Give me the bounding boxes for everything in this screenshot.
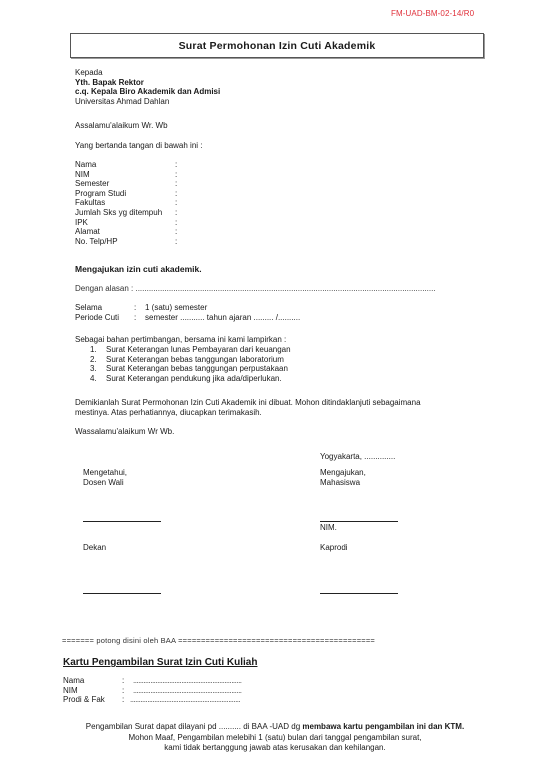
period-label: Periode Cuti <box>75 313 119 323</box>
attachment-item: 3.Surat Keterangan bebas tanggungan perp… <box>90 364 390 374</box>
signature-line-dosen-wali <box>83 521 161 522</box>
field-label: Nama <box>75 160 96 170</box>
field-row-nama: Nama: <box>75 160 275 170</box>
duration-colon: : <box>134 303 136 313</box>
duration-value: 1 (satu) semester <box>145 303 207 313</box>
field-row-telp: No. Telp/HP: <box>75 237 275 247</box>
attachment-text: Surat Keterangan lunas Pembayaran dari k… <box>106 345 291 355</box>
signature-right-top: Mengajukan, Mahasiswa <box>320 468 366 487</box>
signature-line-mahasiswa <box>320 521 398 522</box>
field-colon: : <box>175 218 177 228</box>
greeting: Assalamu'alaikum Wr. Wb <box>75 121 168 130</box>
signature-kaprodi: Kaprodi <box>320 543 348 552</box>
attachment-number: 4. <box>90 374 97 384</box>
field-colon: : <box>175 170 177 180</box>
field-label: Semester <box>75 179 109 189</box>
field-colon: : <box>175 198 177 208</box>
signature-left-top-line-2: Dosen Wali <box>83 478 127 488</box>
attachments-list: 1.Surat Keterangan lunas Pembayaran dari… <box>90 345 390 383</box>
card-fields: Nama:...................................… <box>63 676 363 705</box>
period-value: semester ........... tahun ajaran ......… <box>145 313 300 323</box>
signature-line-kaprodi <box>320 593 398 594</box>
closing-line-1: Demikianlah Surat Permohonan Izin Cuti A… <box>75 398 421 408</box>
form-code: FM-UAD-BM-02-14/R0 <box>391 9 474 18</box>
signature-left-top: Mengetahui, Dosen Wali <box>83 468 127 487</box>
attachment-item: 2.Surat Keterangan bebas tanggungan labo… <box>90 355 390 365</box>
signature-dekan: Dekan <box>83 543 106 552</box>
footer-line-1-bold: membawa kartu pengambilan ini dan KTM. <box>302 722 464 731</box>
recipient-line-2: c.q. Kepala Biro Akademik dan Admisi <box>75 87 220 97</box>
place-date: Yogyakarta, .............. <box>320 452 395 461</box>
card-colon: : <box>122 686 124 696</box>
card-row-nim: NIM:....................................… <box>63 686 363 696</box>
cut-line: ======= potong disini oleh BAA =========… <box>62 636 375 645</box>
field-colon: : <box>175 208 177 218</box>
field-label: Alamat <box>75 227 100 237</box>
field-colon: : <box>175 227 177 237</box>
attachment-item: 4.Surat Keterangan pendukung jika ada/di… <box>90 374 390 384</box>
card-label: NIM <box>63 686 78 696</box>
identity-fields: Nama: NIM: Semester: Program Studi: Faku… <box>75 160 275 246</box>
field-row-program-studi: Program Studi: <box>75 189 275 199</box>
field-label: IPK <box>75 218 88 228</box>
closing-line-2: mestinya. Atas perhatiannya, diucapkan t… <box>75 408 421 418</box>
recipient-line-3: Universitas Ahmad Dahlan <box>75 97 220 107</box>
signature-right-top-line-2: Mahasiswa <box>320 478 366 488</box>
document-title: Surat Permohonan Izin Cuti Akademik <box>179 40 376 52</box>
card-label: Prodi & Fak <box>63 695 105 705</box>
reason-line: Dengan alasan : ........................… <box>75 284 436 293</box>
footer-notes: Pengambilan Surat dapat dilayani pd ....… <box>0 722 550 754</box>
footer-line-1-normal: Pengambilan Surat dapat dilayani pd ....… <box>86 722 303 731</box>
field-label: Program Studi <box>75 189 126 199</box>
period-colon: : <box>134 313 136 323</box>
attachment-text: Surat Keterangan bebas tanggungan labora… <box>106 355 284 365</box>
field-row-semester: Semester: <box>75 179 275 189</box>
footer-line-2: Mohon Maaf, Pengambilan melebihi 1 (satu… <box>0 733 550 744</box>
duration-row: Selama : 1 (satu) semester <box>75 303 375 313</box>
recipient-block: Kepada Yth. Bapak Rektor c.q. Kepala Bir… <box>75 68 220 106</box>
nim-label: NIM. <box>320 523 337 532</box>
attachment-item: 1.Surat Keterangan lunas Pembayaran dari… <box>90 345 390 355</box>
signature-line-dekan <box>83 593 161 594</box>
field-colon: : <box>175 179 177 189</box>
farewell: Wassalamu'alaikum Wr Wb. <box>75 427 174 436</box>
field-row-fakultas: Fakultas: <box>75 198 275 208</box>
leave-details: Selama : 1 (satu) semester Periode Cuti … <box>75 303 375 322</box>
attachment-number: 2. <box>90 355 97 365</box>
field-row-alamat: Alamat: <box>75 227 275 237</box>
signature-right-top-line-1: Mengajukan, <box>320 468 366 478</box>
card-title: Kartu Pengambilan Surat Izin Cuti Kuliah <box>63 657 257 668</box>
attachments-intro: Sebagai bahan pertimbangan, bersama ini … <box>75 335 286 344</box>
field-row-jumlah-sks: Jumlah Sks yg ditempuh: <box>75 208 275 218</box>
signature-left-top-line-1: Mengetahui, <box>83 468 127 478</box>
request-statement: Mengajukan izin cuti akademik. <box>75 264 202 274</box>
field-row-nim: NIM: <box>75 170 275 180</box>
field-label: Jumlah Sks yg ditempuh <box>75 208 162 218</box>
attachment-number: 1. <box>90 345 97 355</box>
card-row-prodi-fak: Prodi & Fak:............................… <box>63 695 363 705</box>
card-colon: : <box>122 695 124 705</box>
field-label: No. Telp/HP <box>75 237 118 247</box>
period-row: Periode Cuti : semester ........... tahu… <box>75 313 375 323</box>
field-row-ipk: IPK: <box>75 218 275 228</box>
card-colon: : <box>122 676 124 686</box>
footer-line-3: kami tidak bertanggung jawab atas kerusa… <box>0 743 550 754</box>
duration-label: Selama <box>75 303 102 313</box>
footer-line-1: Pengambilan Surat dapat dilayani pd ....… <box>0 722 550 733</box>
title-box: Surat Permohonan Izin Cuti Akademik <box>70 33 484 58</box>
card-row-nama: Nama:...................................… <box>63 676 363 686</box>
field-label: Fakultas <box>75 198 105 208</box>
field-colon: : <box>175 189 177 199</box>
field-label: NIM <box>75 170 90 180</box>
attachment-text: Surat Keterangan bebas tanggungan perpus… <box>106 364 288 374</box>
attachment-text: Surat Keterangan pendukung jika ada/dipe… <box>106 374 282 384</box>
card-label: Nama <box>63 676 84 686</box>
recipient-line-1: Yth. Bapak Rektor <box>75 78 220 88</box>
recipient-kepada: Kepada <box>75 68 220 78</box>
card-dots: ........................................… <box>133 686 242 696</box>
card-dots: ........................................… <box>133 676 242 686</box>
closing-paragraph: Demikianlah Surat Permohonan Izin Cuti A… <box>75 398 421 417</box>
intro-text: Yang bertanda tangan di bawah ini : <box>75 141 203 150</box>
field-colon: : <box>175 160 177 170</box>
attachment-number: 3. <box>90 364 97 374</box>
card-dots: ........................................… <box>130 695 240 705</box>
field-colon: : <box>175 237 177 247</box>
